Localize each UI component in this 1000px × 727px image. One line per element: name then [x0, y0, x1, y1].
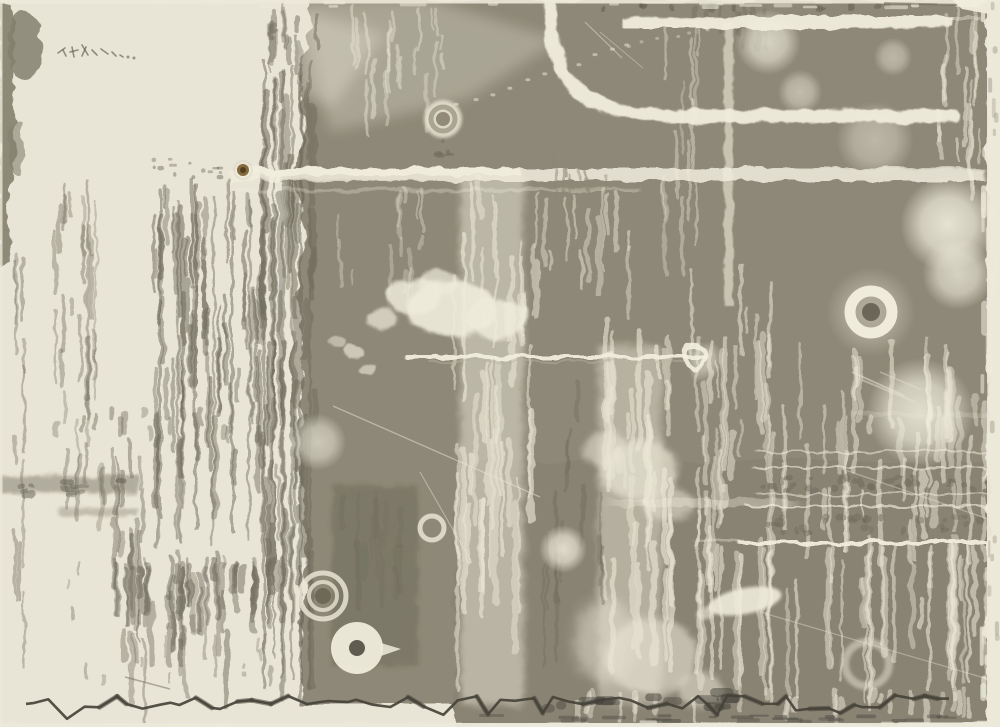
- dash: [699, 3, 723, 6]
- dash: [262, 5, 279, 8]
- dash: [773, 4, 792, 8]
- artwork-svg: [0, 0, 1000, 727]
- dash: [881, 722, 894, 725]
- shape-rect: [0, 0, 3, 727]
- dash: [344, 722, 368, 726]
- dash: [409, 722, 427, 725]
- artwork-frame: [0, 0, 1000, 727]
- dash: [815, 0, 832, 4]
- dash: [400, 3, 427, 6]
- dash: [543, 724, 566, 727]
- streak: [993, 535, 997, 543]
- dash: [7, 722, 17, 725]
- streak: [981, 374, 985, 394]
- streak: [993, 46, 998, 53]
- dash: [803, 6, 818, 9]
- streak: [985, 567, 989, 581]
- shape-rect: [0, 0, 1000, 4]
- streak: [981, 5, 985, 22]
- streak: [984, 383, 988, 397]
- dash: [323, 0, 345, 4]
- dash: [898, 722, 930, 726]
- streak: [989, 141, 993, 177]
- dash: [429, 722, 462, 725]
- dash: [702, 5, 719, 9]
- streak: [990, 421, 995, 434]
- dash: [884, 5, 908, 9]
- streak: [994, 112, 998, 122]
- shape-rect: [0, 723, 1000, 727]
- dash: [151, 1, 175, 4]
- dash: [101, 723, 132, 725]
- streak: [991, 2, 995, 10]
- streak: [995, 621, 999, 635]
- streak: [990, 238, 995, 272]
- streak: [981, 676, 986, 698]
- streak: [985, 654, 992, 666]
- streak: [981, 185, 987, 218]
- shape-rect: [0, 0, 1000, 727]
- paper-grain: [0, 0, 1000, 727]
- streak: [993, 129, 996, 136]
- dash: [739, 4, 762, 7]
- streak: [986, 433, 990, 467]
- streak: [980, 626, 984, 666]
- streak: [990, 554, 994, 562]
- dash: [664, 2, 685, 4]
- dash: [488, 2, 498, 6]
- dash: [639, 720, 657, 723]
- streak: [988, 203, 995, 222]
- dash: [642, 1, 667, 4]
- dash: [205, 2, 220, 5]
- streak: [988, 540, 990, 557]
- streak: [982, 147, 987, 157]
- streak: [987, 585, 991, 596]
- streak: [981, 301, 988, 336]
- streak: [986, 332, 993, 366]
- dash: [609, 3, 619, 5]
- streak: [988, 78, 992, 93]
- streak: [990, 410, 998, 421]
- dash: [329, 5, 339, 8]
- dash: [977, 721, 1000, 723]
